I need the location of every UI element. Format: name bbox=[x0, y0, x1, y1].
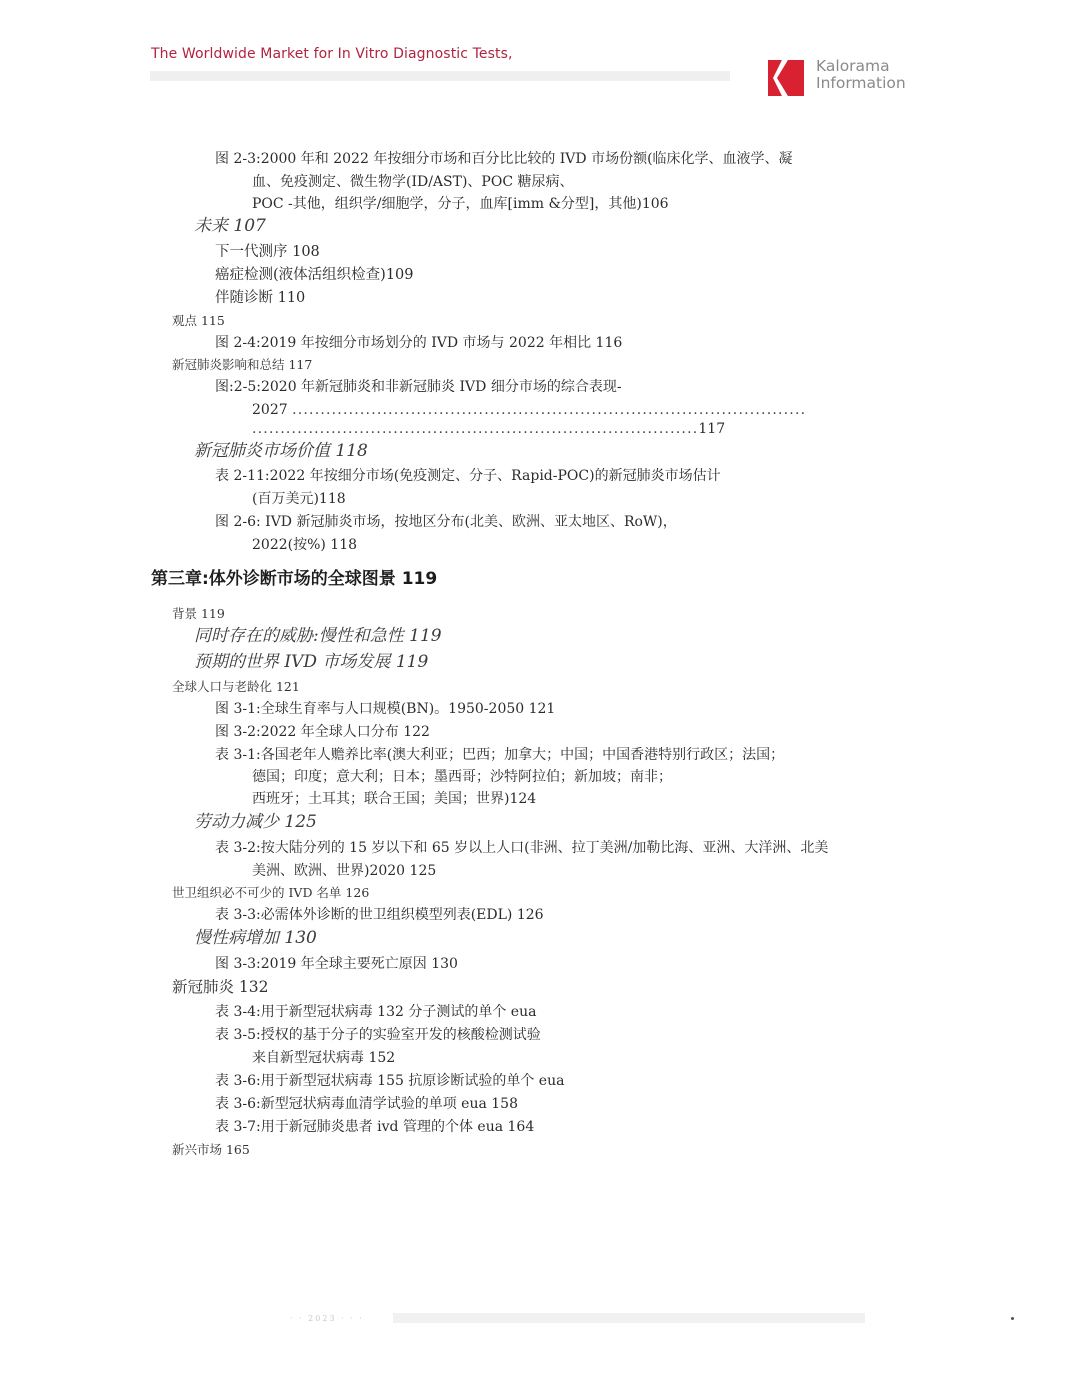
toc-entry-continuation: 2027 ...................................… bbox=[252, 401, 806, 419]
toc-entry-continuation: 德国；印度；意大利；日本；墨西哥；沙特阿拉伯；新加坡；南非； bbox=[252, 768, 672, 786]
toc-entry-section[interactable]: 新冠肺炎 132 bbox=[172, 978, 269, 996]
toc-entry-continuation: 血、免疫测定、微生物学(ID/AST)、POC 糖尿病、 bbox=[252, 173, 574, 191]
toc-entry-subsection[interactable]: 新冠肺炎市场价值 118 bbox=[194, 442, 368, 460]
logo-line-2: Information bbox=[816, 75, 906, 92]
toc-chapter-heading[interactable]: 第三章:体外诊断市场的全球图景 119 bbox=[151, 570, 437, 588]
toc-page-number: 117 bbox=[698, 421, 725, 437]
footer-divider-bar bbox=[393, 1313, 865, 1323]
toc-entry-table[interactable]: 表 3-6:用于新型冠状病毒 155 抗原诊断试验的单个 eua bbox=[215, 1072, 564, 1090]
toc-entry-continuation: (百万美元)118 bbox=[252, 490, 346, 508]
toc-entry-table[interactable]: 表 3-4:用于新型冠状病毒 132 分子测试的单个 eua bbox=[215, 1003, 536, 1021]
toc-entry-continuation: 美洲、欧洲、世界)2020 125 bbox=[252, 862, 436, 880]
toc-entry-figure[interactable]: 图 3-2:2022 年全球人口分布 122 bbox=[215, 723, 430, 741]
toc-entry-section[interactable]: 背景 119 bbox=[172, 605, 225, 623]
toc-entry-section[interactable]: 世卫组织必不可少的 IVD 名单 126 bbox=[172, 884, 369, 902]
toc-entry-figure[interactable]: 图:2-5:2020 年新冠肺炎和非新冠肺炎 IVD 细分市场的综合表现- bbox=[215, 378, 622, 396]
footer-faded-text: · · 2023 · · · bbox=[290, 1314, 364, 1323]
toc-entry-figure[interactable]: 图 3-1:全球生育率与人口规模(BN)。1950-2050 121 bbox=[215, 700, 555, 718]
toc-entry-year: 2027 bbox=[252, 402, 292, 418]
footer-marker-dot bbox=[1011, 1317, 1014, 1320]
toc-entry-table[interactable]: 表 3-7:用于新冠肺炎患者 ivd 管理的个体 eua 164 bbox=[215, 1118, 534, 1136]
toc-entry-table[interactable]: 表 3-1:各国老年人赡养比率(澳大利亚；巴西；加拿大；中国；中国香港特别行政区… bbox=[215, 746, 784, 764]
toc-entry-subsection[interactable]: 劳动力减少 125 bbox=[194, 813, 317, 831]
toc-entry-continuation: 西班牙；土耳其；联合王国；美国；世界)124 bbox=[252, 790, 536, 808]
toc-entry-continuation: ........................................… bbox=[252, 420, 725, 438]
leader-dots: ........................................… bbox=[292, 402, 806, 418]
logo-line-1: Kalorama bbox=[816, 58, 906, 75]
toc-entry-section[interactable]: 新冠肺炎影响和总结 117 bbox=[172, 356, 312, 374]
toc-entry-figure[interactable]: 图 2-4:2019 年按细分市场划分的 IVD 市场与 2022 年相比 11… bbox=[215, 334, 622, 352]
toc-entry-table[interactable]: 表 3-3:必需体外诊断的世卫组织模型列表(EDL) 126 bbox=[215, 906, 544, 924]
toc-entry-section[interactable]: 观点 115 bbox=[172, 312, 225, 330]
toc-entry-table[interactable]: 表 3-6:新型冠状病毒血清学试验的单项 eua 158 bbox=[215, 1095, 518, 1113]
toc-entry-topic[interactable]: 伴随诊断 110 bbox=[215, 289, 305, 307]
toc-entry-subsection[interactable]: 预期的世界 IVD 市场发展 119 bbox=[194, 653, 428, 671]
toc-entry-table[interactable]: 表 2-11:2022 年按细分市场(免疫测定、分子、Rapid-POC)的新冠… bbox=[215, 467, 721, 485]
toc-entry-topic[interactable]: 下一代测序 108 bbox=[215, 243, 320, 261]
toc-entry-subsection[interactable]: 未来 107 bbox=[194, 217, 266, 235]
toc-entry-topic[interactable]: 癌症检测(液体活组织检查)109 bbox=[215, 266, 414, 284]
report-title: The Worldwide Market for In Vitro Diagno… bbox=[151, 46, 513, 62]
toc-entry-section[interactable]: 新兴市场 165 bbox=[172, 1141, 250, 1159]
toc-entry-figure[interactable]: 图 2-6: IVD 新冠肺炎市场，按地区分布(北美、欧洲、亚太地区、RoW)， bbox=[215, 513, 677, 531]
logo-wordmark: Kalorama Information bbox=[816, 58, 906, 92]
toc-entry-figure[interactable]: 图 2-3:2000 年和 2022 年按细分市场和百分比比较的 IVD 市场份… bbox=[215, 150, 793, 168]
toc-entry-subsection[interactable]: 同时存在的威胁:慢性和急性 119 bbox=[194, 627, 442, 645]
toc-entry-section[interactable]: 全球人口与老龄化 121 bbox=[172, 678, 300, 696]
toc-entry-continuation: POC -其他，组织学/细胞学，分子，血库[imm &分型]，其他)106 bbox=[252, 195, 669, 213]
toc-entry-continuation: 来自新型冠状病毒 152 bbox=[252, 1049, 395, 1067]
leader-dots: ........................................… bbox=[252, 421, 698, 437]
header-divider-bar bbox=[150, 71, 730, 81]
toc-entry-table[interactable]: 表 3-2:按大陆分列的 15 岁以下和 65 岁以上人口(非洲、拉丁美洲/加勒… bbox=[215, 839, 828, 857]
toc-entry-table[interactable]: 表 3-5:授权的基于分子的实验室开发的核酸检测试验 bbox=[215, 1026, 541, 1044]
toc-entry-subsection[interactable]: 慢性病增加 130 bbox=[194, 929, 317, 947]
toc-entry-continuation: 2022(按%) 118 bbox=[252, 536, 357, 554]
toc-entry-figure[interactable]: 图 3-3:2019 年全球主要死亡原因 130 bbox=[215, 955, 458, 973]
kalorama-logo-icon bbox=[768, 60, 804, 96]
